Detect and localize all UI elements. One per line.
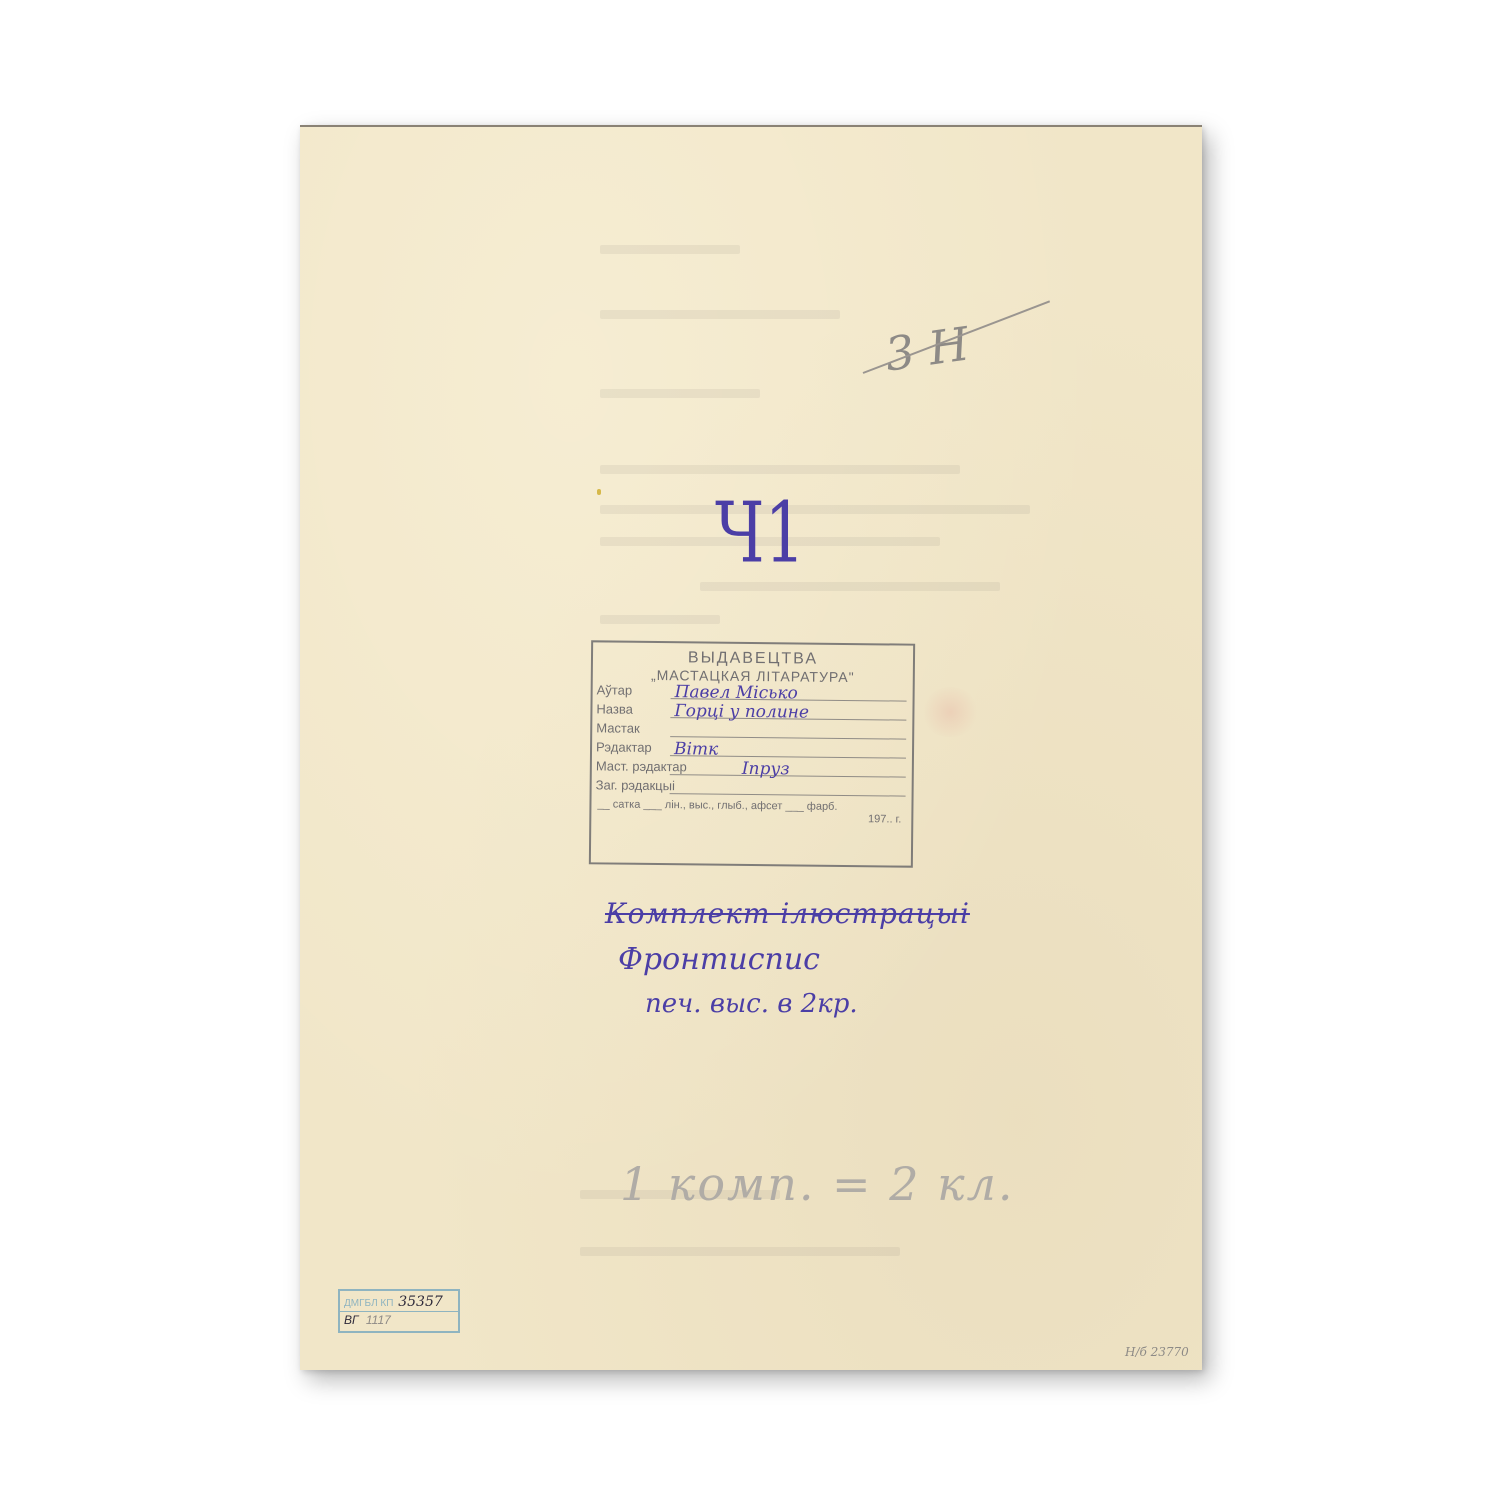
inventory-divider <box>340 1311 458 1312</box>
stain <box>597 489 601 495</box>
stamp-field-head-of-editorial: Заг. рэдакцыі <box>592 777 912 799</box>
stamp-year: 197.. г. <box>591 810 911 825</box>
show-through-line <box>700 582 1000 591</box>
show-through-line <box>600 615 720 624</box>
field-label: Заг. рэдакцыі <box>596 777 675 793</box>
inventory-row-2: ВГ 1117 <box>344 1313 391 1327</box>
handwritten-note: печ. выс. в 2кр. <box>645 989 858 1019</box>
document-sheet: 3 Н Ч1 ВЫДАВЕЦТВА „МАСТАЦКАЯ ЛІТАРАТУРА"… <box>300 125 1202 1370</box>
field-value: Іпруз <box>742 759 790 779</box>
inventory-number-2: 1117 <box>366 1313 391 1327</box>
ink-mark: Ч1 <box>715 486 805 582</box>
handwritten-note-struck: Комплект ілюстрацыі <box>605 897 970 930</box>
red-smudge <box>920 687 980 737</box>
field-value: Горці у полине <box>674 701 809 722</box>
field-label: Рэдактар <box>596 739 652 755</box>
field-label: Аўтар <box>597 682 633 697</box>
show-through-line <box>580 1247 900 1256</box>
show-through-line <box>600 245 740 254</box>
show-through-line <box>600 465 960 474</box>
show-through-line <box>600 310 840 319</box>
field-value: Павел Місько <box>675 682 798 703</box>
inventory-prefix: ВГ <box>344 1313 359 1327</box>
show-through-line <box>600 389 760 398</box>
archive-number: Н/б 23770 <box>1125 1345 1189 1359</box>
publisher-stamp: ВЫДАВЕЦТВА „МАСТАЦКАЯ ЛІТАРАТУРА" Аўтар … <box>589 640 915 867</box>
field-label: Мастак <box>596 720 640 735</box>
inventory-row-1: ДМГБЛ КП 35357 <box>344 1294 456 1310</box>
inventory-number: 35357 <box>398 1294 443 1310</box>
inventory-label: ДМГБЛ КП <box>344 1298 393 1309</box>
field-label: Назва <box>596 701 633 716</box>
handwritten-note: Фронтиспис <box>618 942 820 977</box>
inventory-stamp: ДМГБЛ КП 35357 ВГ 1117 <box>338 1289 460 1333</box>
field-value: Вітк <box>674 739 718 759</box>
show-through-line <box>600 505 1030 514</box>
field-label: Маст. рэдактар <box>596 758 687 774</box>
field-rule <box>670 793 906 796</box>
pencil-note: 1 комп. = 2 кл. <box>620 1157 1015 1211</box>
